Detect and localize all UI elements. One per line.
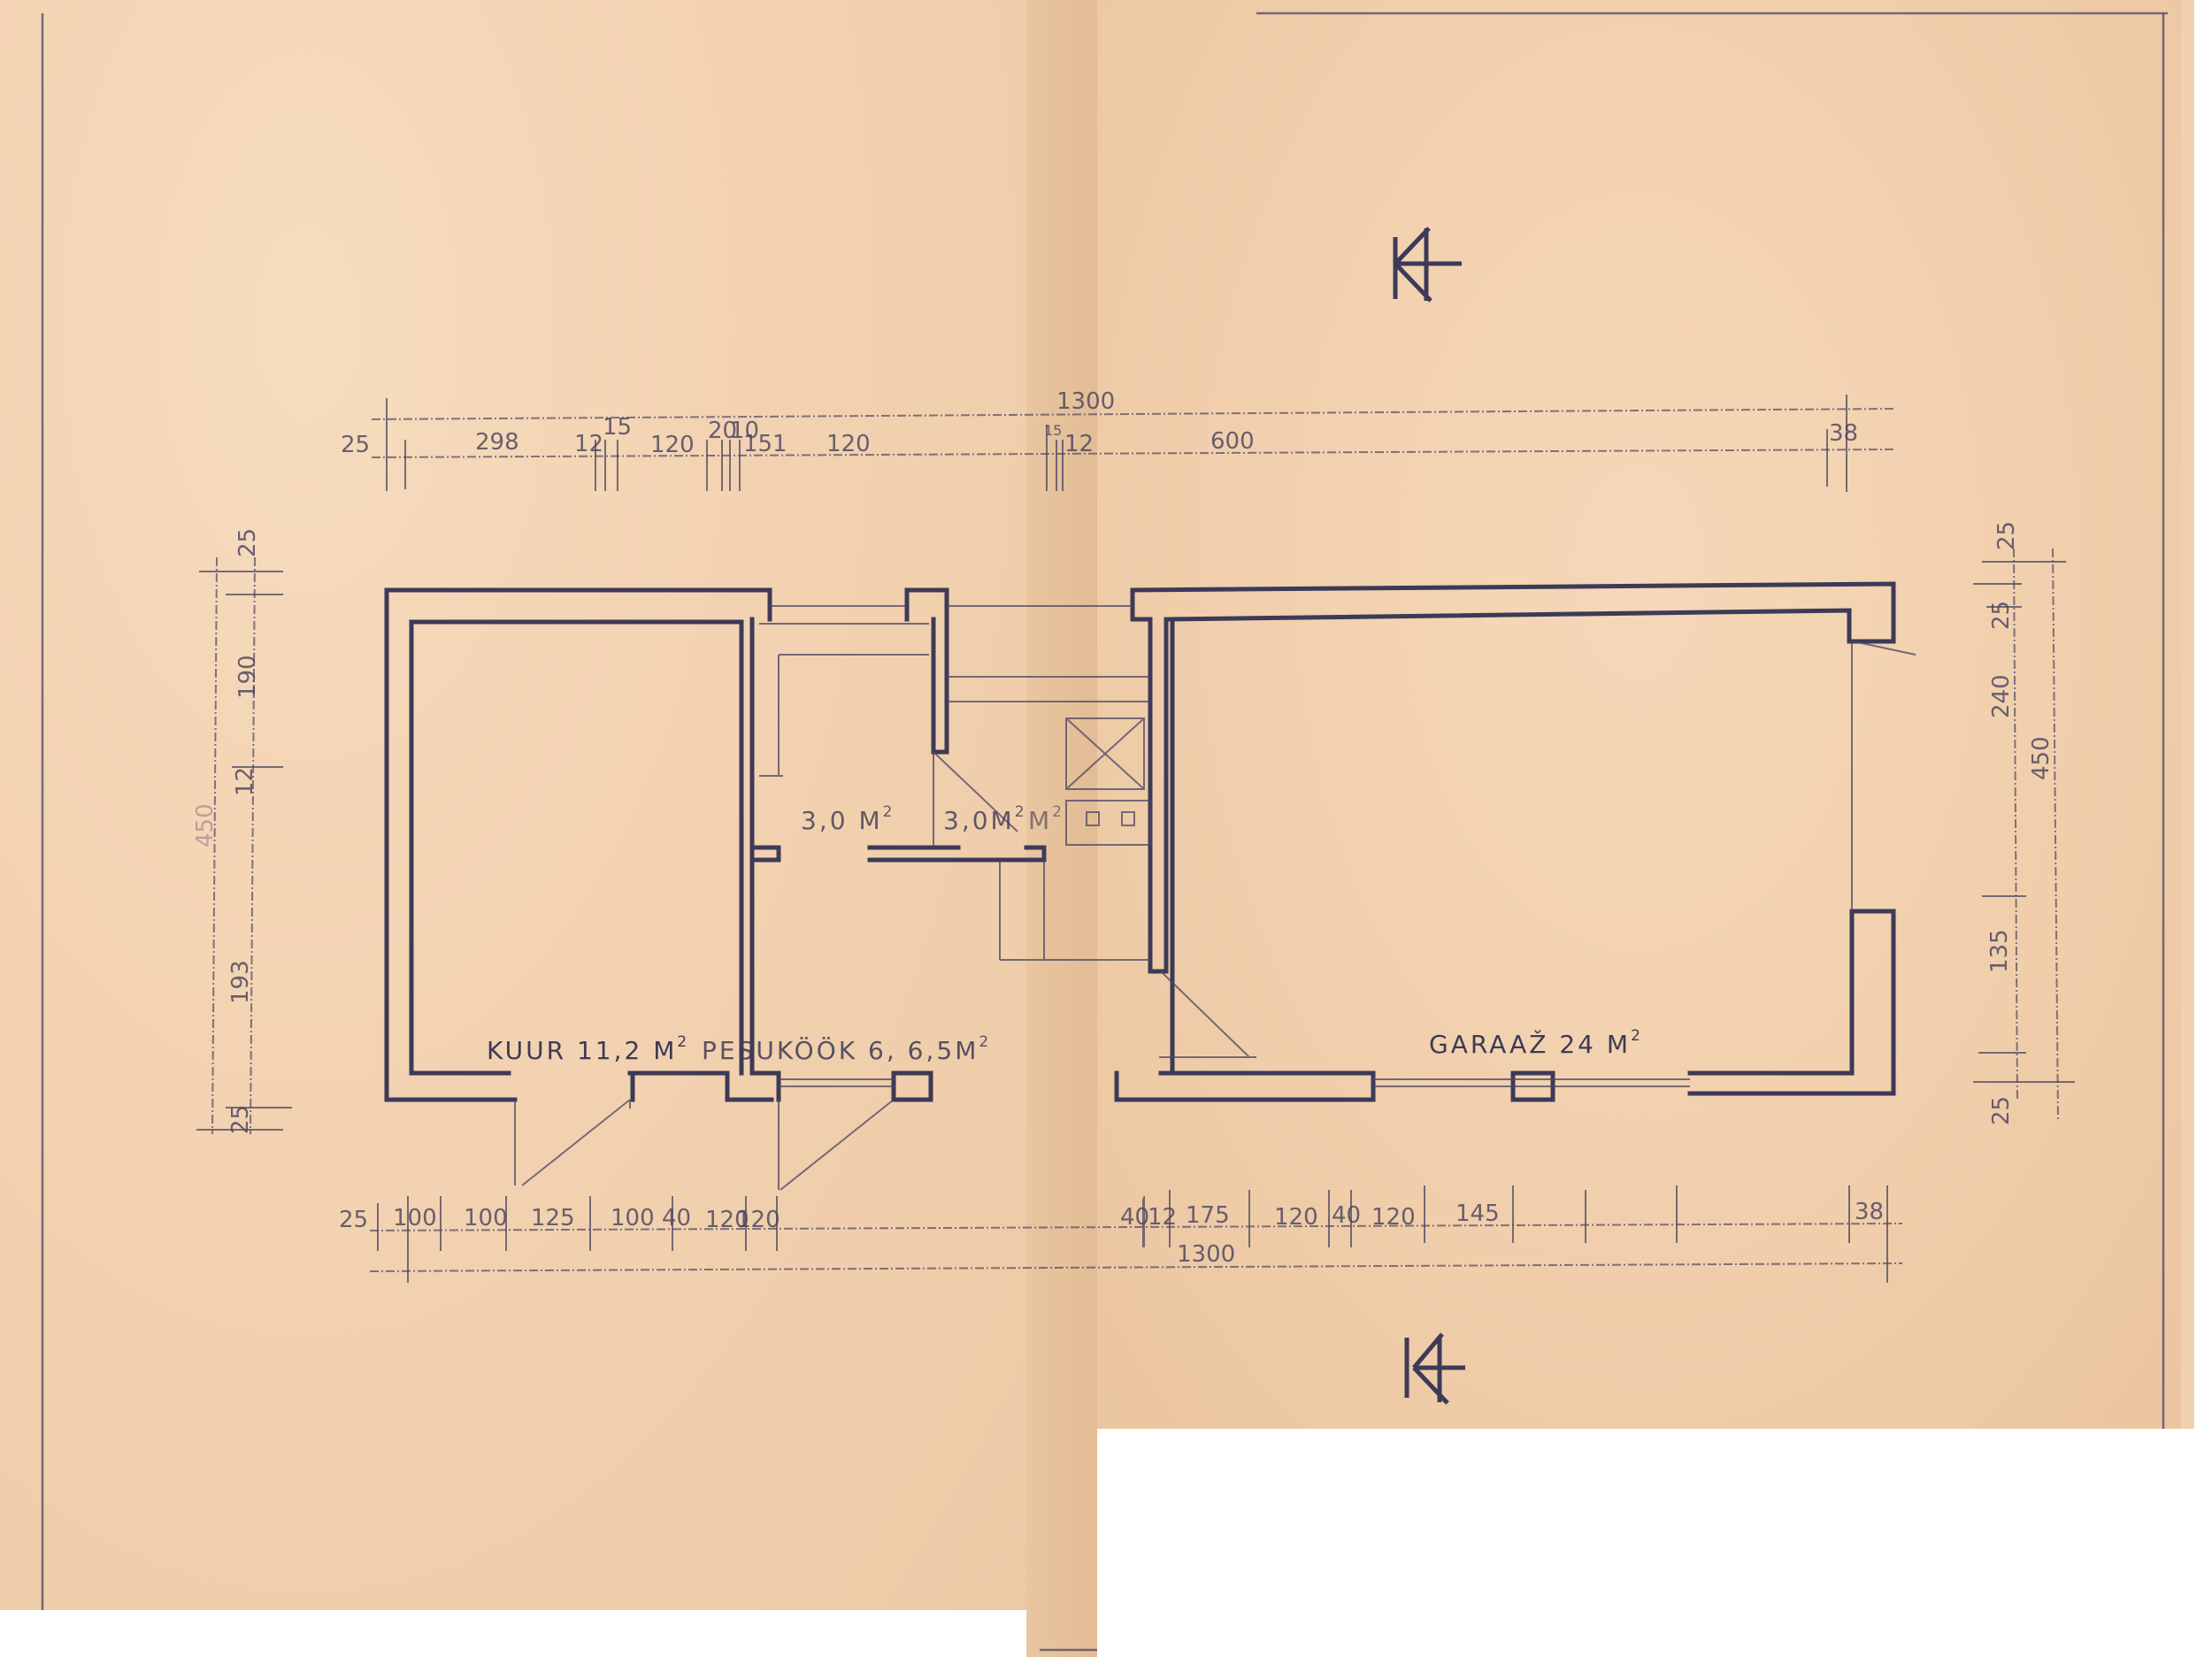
right-dimension-chain: 25 25 240 135 25 450 bbox=[1973, 521, 2075, 1125]
svg-text:3,0M2: 3,0M2 bbox=[943, 803, 1027, 835]
room-label-kuur: KUUR 11,2 M2 bbox=[487, 1033, 689, 1065]
room-label-small-3: M2 bbox=[1028, 803, 1064, 835]
svg-text:M2: M2 bbox=[1028, 803, 1064, 835]
room-label-small-1: 3,0 M2 bbox=[801, 803, 895, 835]
dim-bottom-11: 120 bbox=[1274, 1204, 1318, 1231]
svg-text:3,0 M2: 3,0 M2 bbox=[801, 803, 895, 835]
dim-right-0: 25 bbox=[1993, 521, 2020, 550]
dim-top-3: 15 bbox=[603, 414, 632, 441]
dim-bottom-2: 100 bbox=[464, 1205, 508, 1231]
room-name: PESUKÖÖK bbox=[702, 1035, 857, 1065]
floor-plan-drawing: 1300 25 298 12 15 120 20 10 15 1 120 15 … bbox=[0, 0, 2212, 1657]
svg-text:KUUR 11,2 M2: KUUR 11,2 M2 bbox=[487, 1033, 689, 1065]
dim-right-1: 25 bbox=[1988, 601, 2015, 630]
dim-right-4: 25 bbox=[1988, 1096, 2015, 1125]
dim-top-11: 12 bbox=[1064, 431, 1094, 457]
dim-bottom-12: 40 bbox=[1332, 1202, 1361, 1229]
dim-bottom-4: 100 bbox=[611, 1205, 655, 1231]
dim-top-9: 120 bbox=[826, 431, 871, 457]
svg-text:PESUKÖÖK 6, 6,5M2: PESUKÖÖK 6, 6,5M2 bbox=[702, 1033, 991, 1065]
top-dimension-chain: 1300 25 298 12 15 120 20 10 15 1 120 15 … bbox=[341, 388, 1893, 492]
dim-bottom-8: 40 bbox=[1120, 1204, 1149, 1231]
dim-top-7: 15 bbox=[743, 431, 772, 457]
room-label-garaaz: GARAAŽ 24 M2 bbox=[1429, 1027, 1643, 1059]
dim-right-total: 450 bbox=[2028, 736, 2055, 780]
dim-top-4: 120 bbox=[650, 432, 695, 458]
dim-left-0: 25 bbox=[234, 528, 261, 557]
sheet-frame bbox=[42, 13, 2168, 1650]
dim-left-total: 450 bbox=[192, 803, 219, 848]
dim-right-3: 135 bbox=[1986, 929, 2013, 973]
dim-top-8: 1 bbox=[772, 431, 787, 457]
dim-bottom-0: 25 bbox=[339, 1207, 368, 1233]
dim-bottom-3: 125 bbox=[531, 1205, 575, 1231]
dim-top-0: 25 bbox=[341, 432, 370, 458]
dim-bottom-7: 120 bbox=[736, 1207, 780, 1233]
room-label-small-2: 3,0M2 bbox=[943, 803, 1027, 835]
dim-top-2: 12 bbox=[574, 431, 603, 457]
dim-top-10: 15 bbox=[1044, 422, 1062, 439]
dim-bottom-5: 40 bbox=[662, 1205, 691, 1231]
dim-left-3: 193 bbox=[227, 960, 254, 1004]
section-marker-bottom-icon bbox=[1407, 1334, 1465, 1403]
room-label-pesukook: PESUKÖÖK 6, 6,5M2 bbox=[702, 1033, 991, 1065]
left-dimension-chain: 25 190 12 193 25 450 bbox=[192, 528, 292, 1134]
dim-top-1: 298 bbox=[475, 429, 519, 456]
dim-left-2: 12 bbox=[232, 767, 258, 796]
bottom-total-dimension: 1300 bbox=[1177, 1241, 1235, 1268]
room-area: 6,5 bbox=[908, 1036, 956, 1065]
room-area: 11,2 bbox=[577, 1036, 642, 1065]
dim-top-13: 38 bbox=[1829, 420, 1858, 447]
dim-bottom-10: 175 bbox=[1186, 1202, 1230, 1229]
bottom-dimension-chain: 25 100 100 125 100 40 120 120 40 12 175 … bbox=[339, 1185, 1902, 1283]
dim-top-12: 600 bbox=[1210, 428, 1255, 455]
room-name: KUUR bbox=[487, 1036, 566, 1065]
dim-bottom-14: 145 bbox=[1455, 1201, 1500, 1227]
dim-right-2: 240 bbox=[1988, 674, 2015, 718]
room-name: GARAAŽ bbox=[1429, 1029, 1548, 1059]
building-walls bbox=[387, 584, 1893, 1100]
dim-left-4: 25 bbox=[227, 1105, 254, 1134]
interior-detail-lines bbox=[515, 606, 1916, 1190]
section-marker-top-icon bbox=[1395, 228, 1462, 301]
dim-bottom-9: 12 bbox=[1148, 1204, 1177, 1231]
room-area: 24 bbox=[1559, 1030, 1596, 1059]
dim-bottom-13: 120 bbox=[1371, 1204, 1416, 1231]
top-total-dimension: 1300 bbox=[1056, 388, 1115, 415]
dim-bottom-1: 100 bbox=[393, 1205, 437, 1231]
dim-left-1: 190 bbox=[234, 655, 261, 699]
dim-bottom-15b: 38 bbox=[1855, 1199, 1884, 1225]
svg-text:GARAAŽ 24 M2: GARAAŽ 24 M2 bbox=[1429, 1027, 1643, 1059]
